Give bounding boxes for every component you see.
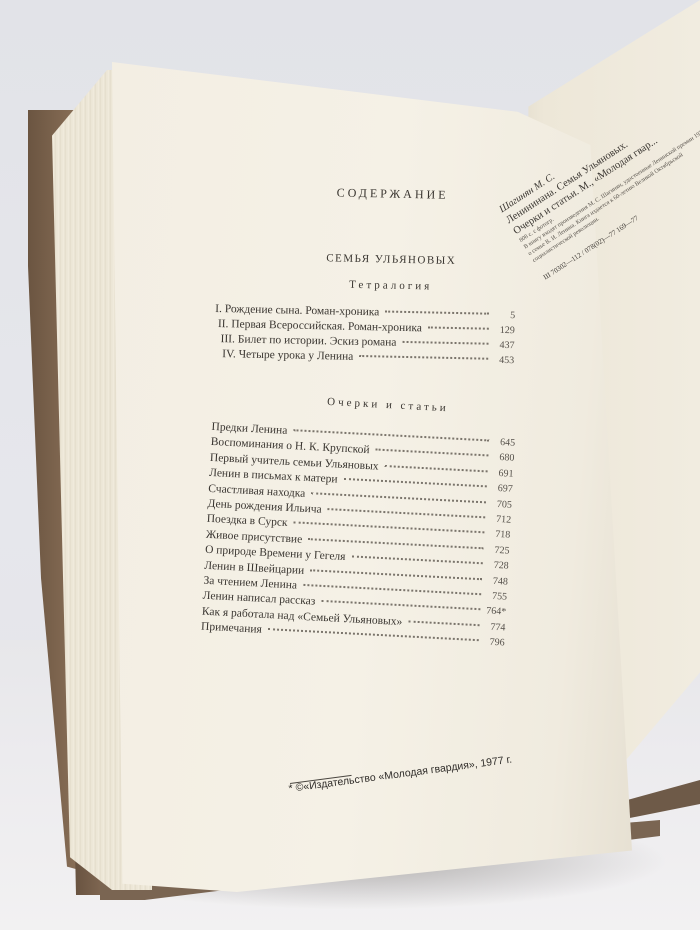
dot-leader: [344, 478, 487, 488]
entry-page: 748: [487, 573, 508, 589]
entry-page: 728: [488, 558, 509, 574]
dot-leader: [293, 429, 489, 441]
entry-page: 712: [491, 512, 512, 528]
tetralogy-title: Тетралогия: [216, 276, 516, 294]
dot-leader: [321, 600, 480, 610]
book-photo-scene: СОДЕРЖАНИЕ СЕМЬЯ УЛЬЯНОВЫХ Тетралогия I.…: [0, 0, 700, 930]
entry-title: Примечания: [201, 620, 263, 639]
entry-page: 774: [485, 619, 506, 635]
dot-leader: [402, 341, 488, 345]
dot-leader: [351, 556, 482, 565]
entry-page: 5: [495, 308, 515, 323]
entry-page: 691: [493, 466, 514, 482]
dot-leader: [375, 449, 488, 457]
dot-leader: [428, 326, 489, 329]
entry-page: 645: [495, 435, 516, 451]
tetralogy-section: Тетралогия I. Рождение сына. Роман-хрони…: [214, 276, 516, 368]
entry-page: 453: [494, 353, 514, 368]
dot-leader: [385, 465, 488, 472]
entry-page: 764*: [486, 604, 507, 620]
entry-page: 437: [494, 338, 514, 353]
tetralogy-list: I. Рождение сына. Роман-хроника5 II. Пер…: [214, 302, 515, 368]
entry-page: 718: [490, 527, 511, 543]
dot-leader: [310, 569, 482, 580]
entry-page: 705: [492, 496, 513, 512]
entry-page: 725: [489, 542, 510, 558]
dot-leader: [328, 508, 486, 518]
essays-title: Очерки и статьи: [213, 390, 513, 418]
dot-leader: [359, 355, 488, 360]
toc-title: СОДЕРЖАНИЕ: [218, 183, 518, 204]
section-title: СЕМЬЯ УЛЬЯНОВЫХ: [216, 250, 516, 268]
entry-page: 129: [495, 323, 515, 338]
dot-leader: [408, 620, 479, 626]
essays-section: Очерки и статьи Предки Ленина645 Воспоми…: [201, 390, 513, 651]
entry-title: IV. Четыре урока у Ленина: [222, 347, 353, 365]
entry-page: 697: [492, 481, 513, 497]
dot-leader: [385, 311, 489, 315]
entry-page: 680: [494, 450, 515, 466]
essays-list: Предки Ленина645 Воспоминания о Н. К. Кр…: [201, 420, 512, 651]
entry-page: 796: [484, 635, 505, 651]
entry-page: 755: [487, 589, 508, 605]
table-of-contents: СОДЕРЖАНИЕ СЕМЬЯ УЛЬЯНОВЫХ Тетралогия I.…: [208, 175, 518, 642]
